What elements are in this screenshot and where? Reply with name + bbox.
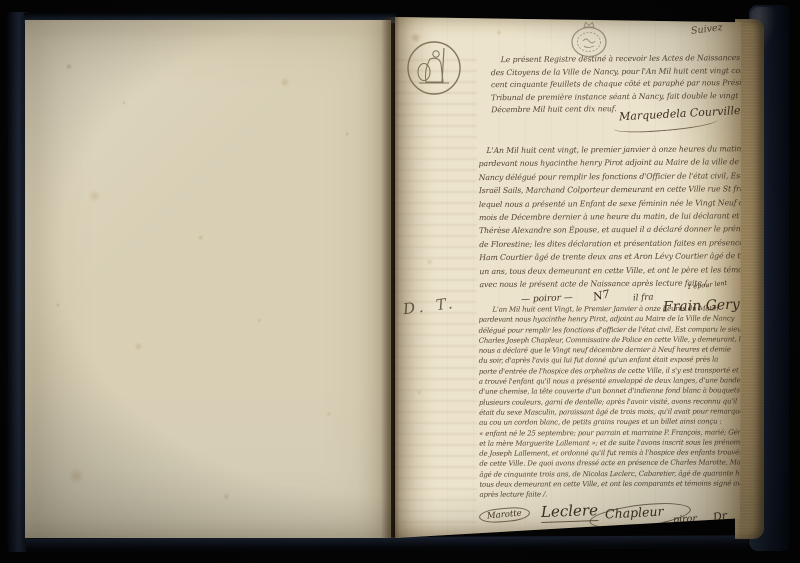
manuscript-line: après lecture faite /. [479,489,769,501]
act2-chapleur-signature: Chapleur [605,503,664,521]
ink-showthrough [395,59,477,527]
act1-text: L'An Mil huit cent vingt, le premier jan… [478,142,786,292]
act2-paraph: Dr [712,509,728,524]
manuscript-line: tous deux demeurant en cette Ville, et o… [479,478,769,490]
corner-annotation: Suivez [690,22,723,37]
blank-left-page [25,20,391,538]
act1-official-signature: — poiror — [521,293,573,305]
manuscript-line: nous a déclaré que le Vingt neuf décembr… [479,344,769,356]
manuscript-line: un ans, tous deux demeurant en cette Vil… [479,263,786,279]
manuscript-page: Suivez Le présent Registre destiné à rec… [395,17,741,538]
timbre-seal-icon [405,39,463,97]
act1-witness-signature: il fra [633,292,654,303]
act2-official-signature: piror [673,513,697,525]
book-photo: Suivez Le présent Registre destiné à rec… [0,0,800,563]
act2-text: L'an Mil huit cent Vingt, le Premier Jan… [478,303,769,500]
manuscript-line: était du sexe Masculin, paraissant âgé d… [479,406,769,418]
act2-marotte-signature: Marotte [478,506,530,524]
manuscript-line: L'An Mil huit cent vingt, le premier jan… [478,142,785,158]
act1-paraph: N7 [592,287,611,303]
manuscript-line: avec nous le présent acte de Naissance a… [479,276,786,292]
